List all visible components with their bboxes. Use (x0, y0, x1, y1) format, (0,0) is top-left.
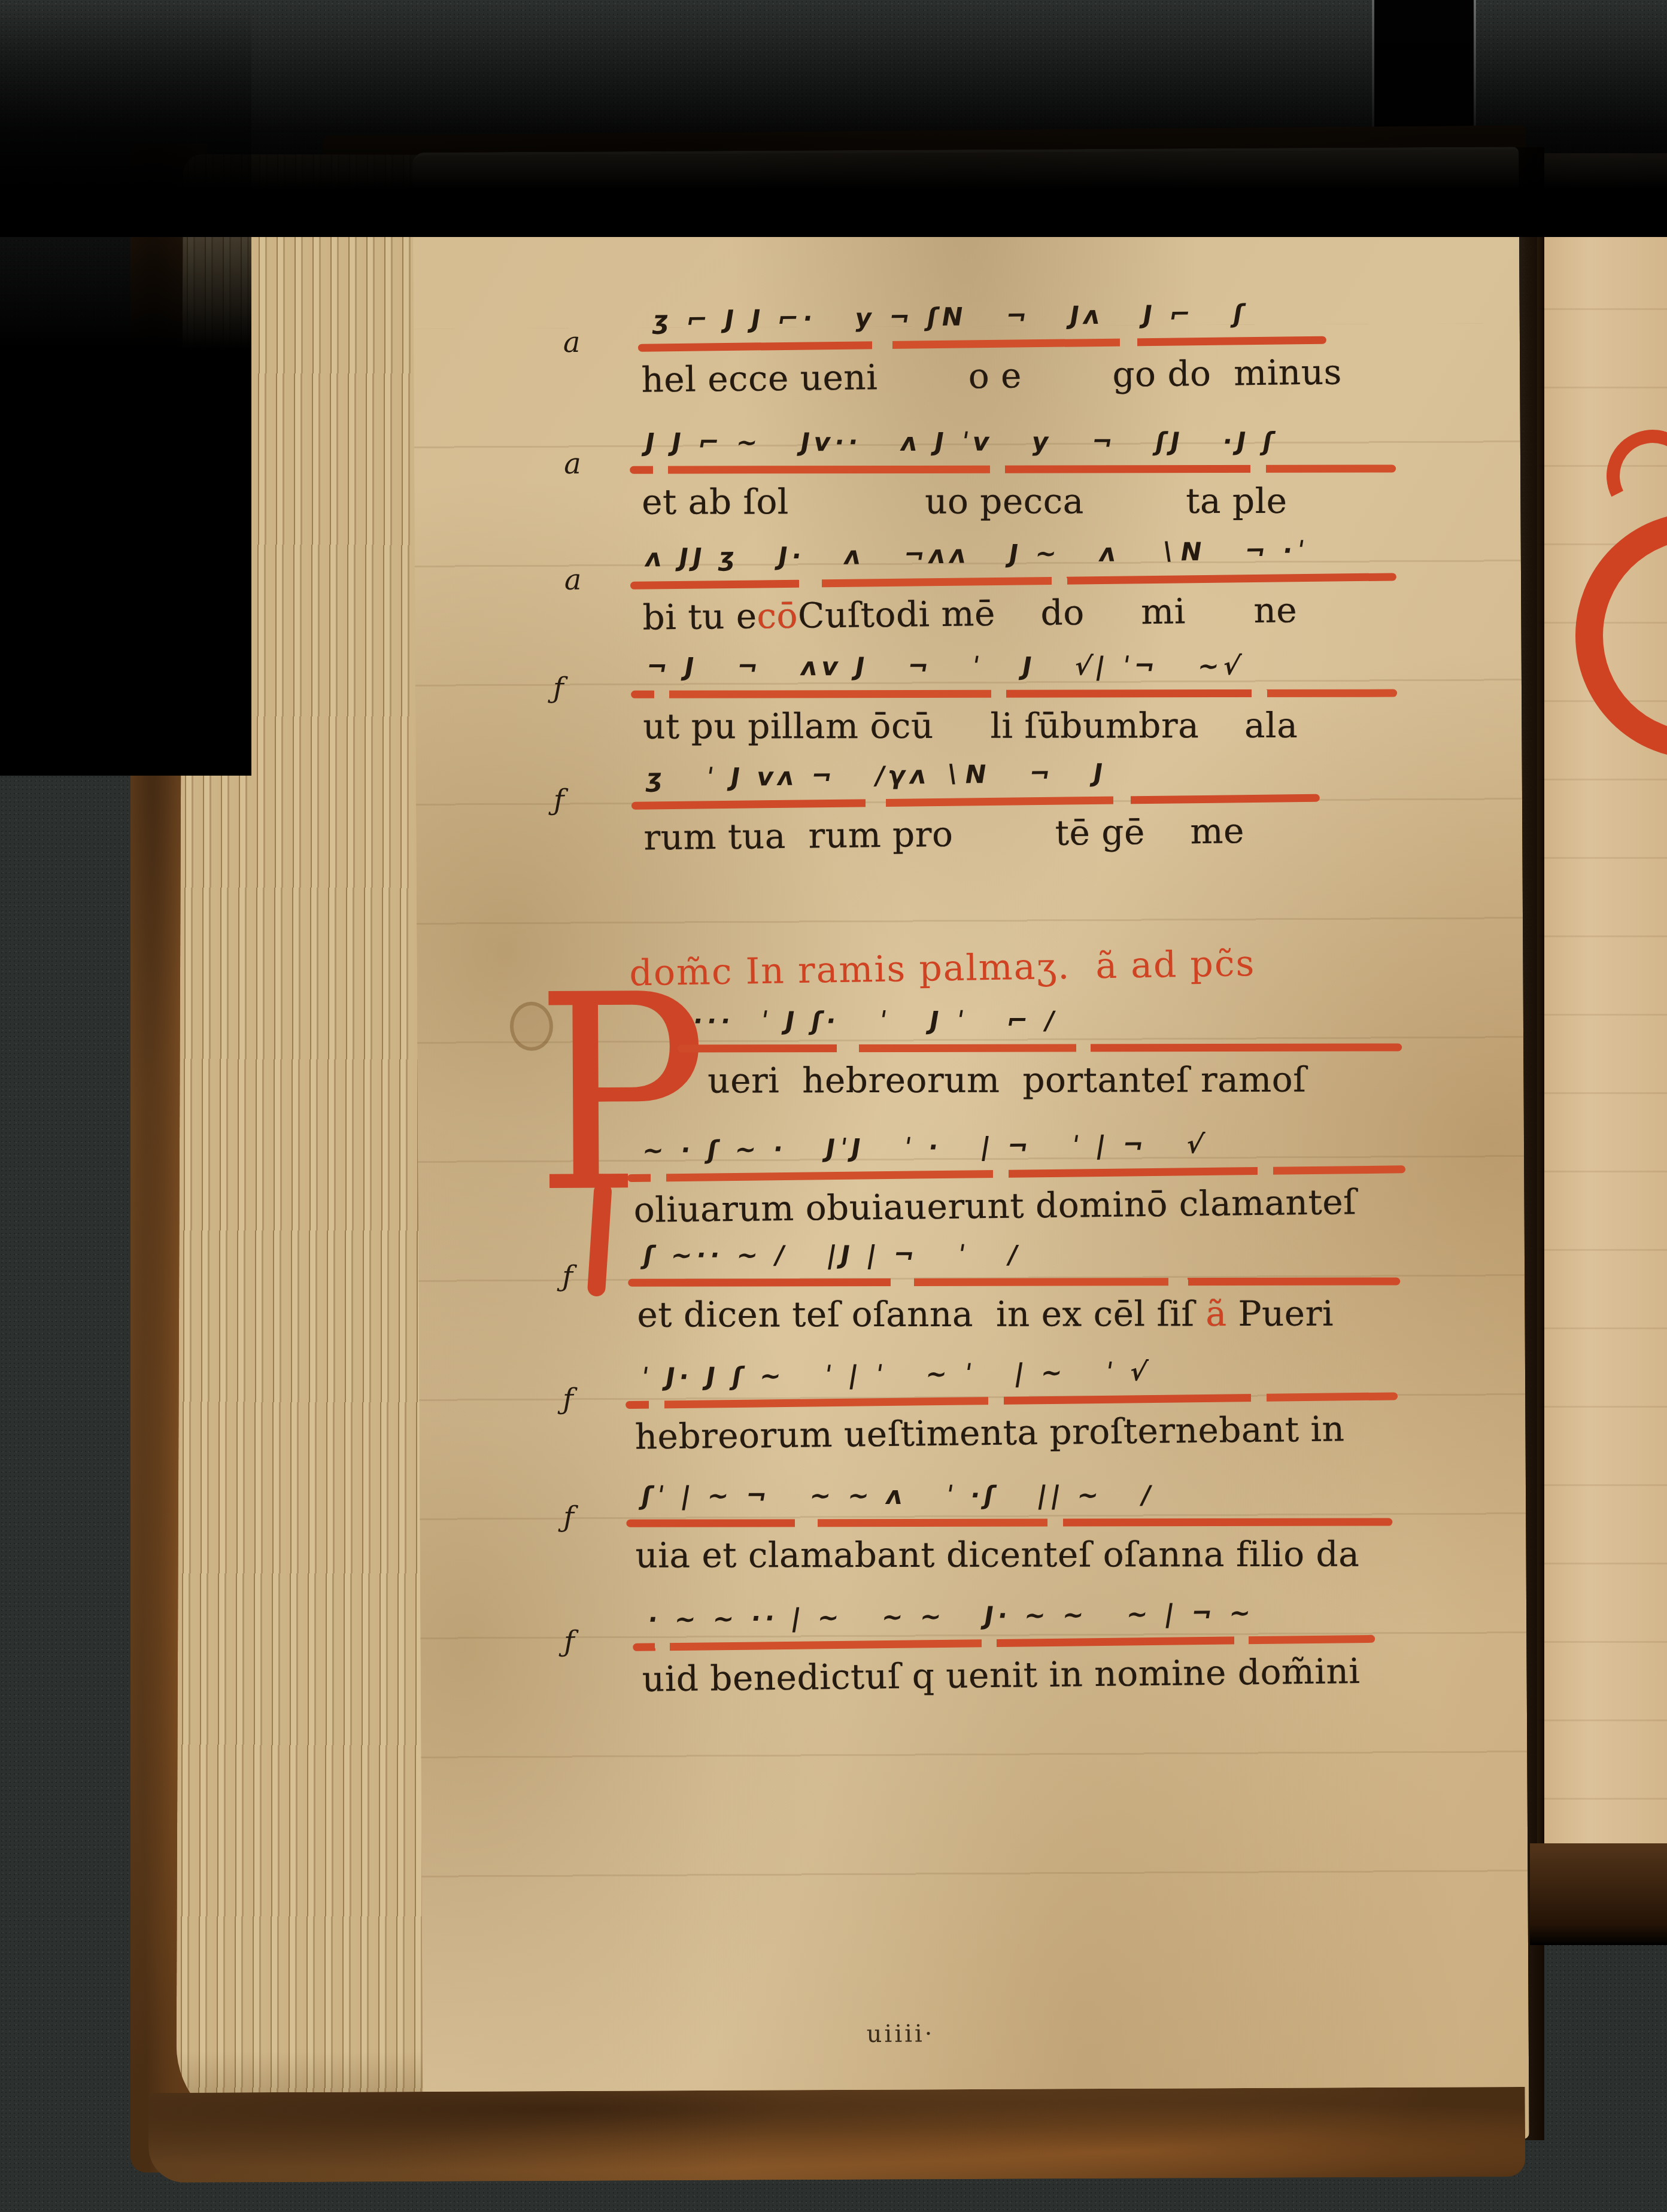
manuscript-page: a ʒ ⌐ J J ⌐· y ¬ ʃN ¬ Jʌ J ⌐ ʃ hel ecce … (412, 147, 1529, 2145)
neumes: ~ · ʃ ~ · JˈJ ˈ · | ¬ ˈ | ¬ √ (640, 1129, 1210, 1165)
staff: ʃ ~·· ~ ∕ |J | ¬ ˈ ∕ (628, 1242, 1400, 1243)
neumes: J J ⌐ ~ Jv·· ʌ J ˈv y ¬ ʃJ ·J ʃ (643, 427, 1280, 457)
chant-text: hebreorum ueſtimenta proſternebant in (634, 1408, 1344, 1457)
staff: J J ⌐ ~ Jv·· ʌ J ˈv y ¬ ʃJ ·J ʃ (630, 429, 1396, 430)
staff-redline (631, 794, 1320, 810)
staff-redline (625, 1392, 1398, 1409)
margin-letter: ƒ (553, 783, 564, 817)
chant-text-black: et dicen teſ oſanna in ex cēl ſiſ (637, 1293, 1206, 1335)
chant-text: uia et clamabant dicenteſ oſanna filio d… (635, 1534, 1359, 1576)
chant-system: ~ · ʃ ~ · JˈJ ˈ · | ¬ ˈ | ¬ √ oliuarum o… (567, 1129, 1466, 1241)
staff: ¬ J ¬ ʌv J ¬ ˈ J √| ˈ¬ ~√ (631, 654, 1397, 655)
margin-letter: ƒ (564, 1625, 575, 1658)
chant-text-black: bi tu e (642, 595, 757, 637)
staff-redline (633, 1635, 1375, 1651)
margin-letter: a (564, 447, 581, 481)
chant-system: ··· ˈ J ʃ· ˈ J ˈ ⌐ ∕ ueri hebreorum port… (567, 1007, 1465, 1111)
chant-system: ƒ ʒ ˈ J vʌ ¬ ∕γʌ ∖N ¬ J rum tua rum pro … (553, 756, 1452, 868)
staff-redline (628, 1278, 1400, 1287)
staff-redline (630, 465, 1396, 474)
margin-letter: ƒ (563, 1500, 574, 1534)
neumes: ʒ ˈ J vʌ ¬ ∕γʌ ∖N ¬ J (644, 758, 1109, 793)
chant-text: bi tu ecōCuſtodi mē do mi ne (642, 590, 1297, 637)
chant-text: ueri hebreorum portanteſ ramoſ (708, 1059, 1306, 1101)
chant-system: a ʒ ⌐ J J ⌐· y ¬ ʃN ¬ Jʌ J ⌐ ʃ hel ecce … (563, 299, 1462, 411)
leather-binding-bottom (148, 2087, 1526, 2183)
margin-letter: a (564, 563, 582, 597)
staff-redline (626, 1518, 1392, 1527)
staff: ··· ˈ J ʃ· ˈ J ˈ ⌐ ∕ (678, 1007, 1402, 1008)
margin-letter: a (563, 326, 580, 359)
staff-redline (631, 689, 1397, 698)
margin-letter: ƒ (563, 1382, 573, 1416)
background-shadow-bottom (0, 0, 1667, 237)
neumes: ʃˈ | ~ ¬ ~ ~ ʌ ˈ ·ʃ || ~ ∕ (639, 1480, 1158, 1511)
staff-redline (630, 573, 1396, 590)
chant-text: hel ecce ueni o e go do minus (641, 351, 1342, 400)
chant-text: rum tua rum pro tē gē me (643, 810, 1244, 858)
neumes: ʒ ⌐ J J ⌐· y ¬ ʃN ¬ Jʌ J ⌐ ʃ (651, 299, 1250, 335)
neumes: ¬ J ¬ ʌv J ¬ ˈ J √| ˈ¬ ~√ (644, 651, 1247, 682)
staff: ʃˈ | ~ ¬ ~ ~ ʌ ˈ ·ʃ || ~ ∕ (626, 1482, 1392, 1484)
chant-system: ƒ ˈ J· J ʃ ~ ˈ | ˈ ~ ˈ | ~ ˈ √ hebreorum… (562, 1356, 1461, 1467)
ornament-curl-icon (1595, 418, 1667, 534)
staff: ʒ ⌐ J J ⌐· y ¬ ʃN ¬ Jʌ J ⌐ ʃ (637, 300, 1326, 308)
neumes: ··· ˈ J ʃ· ˈ J ˈ ⌐ ∕ (691, 1005, 1061, 1035)
chant-text: et dicen teſ oſanna in ex cēl ſiſ ã Puer… (637, 1293, 1334, 1335)
chant-text: et ab ſol uo pecca ta ple (642, 481, 1287, 522)
chant-text-red-abbrev: cō (757, 595, 798, 637)
chant-text: ut pu pillam ōcū li ſūbumbra ala (643, 705, 1298, 747)
chant-text: oliuarum obuiauerunt dominō clamanteſ (633, 1181, 1356, 1230)
chant-text-black: Pueri (1226, 1293, 1334, 1334)
chant-text: uid benedictuſ q uenit in nomine dom̃ini (642, 1651, 1360, 1700)
manuscript-photo: a ʒ ⌐ J J ⌐· y ¬ ʃN ¬ Jʌ J ⌐ ʃ hel ecce … (0, 0, 1667, 2212)
staff-redline (678, 1043, 1402, 1052)
chant-system: ƒ ¬ J ¬ ʌv J ¬ ˈ J √| ˈ¬ ~√ ut pu pillam… (553, 653, 1451, 756)
chant-text-black: Cuſtodi mē do mi ne (798, 590, 1298, 636)
neumes: ˈ J· J ʃ ~ ˈ | ˈ ~ ˈ | ~ ˈ √ (639, 1357, 1153, 1392)
neumes: ʃ ~·· ~ ∕ |J | ¬ ˈ ∕ (641, 1240, 1024, 1270)
neumes: · ~ ~ ·· | ~ ~ ~ J· ~ ~ ~ | ¬ ~ (646, 1598, 1258, 1634)
margin-letter: ƒ (553, 671, 564, 705)
leather-binding-under-facing-page (1530, 1843, 1667, 1945)
facing-page-sliver (1537, 153, 1667, 1877)
chant-system: ƒ ʃ ~·· ~ ∕ |J | ¬ ˈ ∕ et dicen teſ oſan… (562, 1241, 1460, 1345)
margin-letter: ƒ (562, 1260, 573, 1293)
quire-mark: uiiii· (867, 2020, 935, 2048)
staff-redline (627, 1165, 1405, 1182)
chant-system: a ʌ JJ ʒ J· ʌ ¬ʌʌ J ~ ʌ ∖N ¬ ·ˈ bi tu ec… (564, 536, 1463, 648)
staff-redline (638, 336, 1326, 352)
ornament-initial-fragment-icon (1575, 512, 1667, 759)
chant-system: ƒ ʃˈ | ~ ¬ ~ ~ ʌ ˈ ·ʃ || ~ ∕ uia et clam… (563, 1482, 1461, 1585)
chant-text-red-abbrev: ã (1206, 1293, 1226, 1334)
chant-system: ƒ · ~ ~ ·· | ~ ~ ~ J· ~ ~ ~ | ¬ ~ uid be… (564, 1598, 1463, 1710)
chant-system: a J J ⌐ ~ Jv·· ʌ J ˈv y ¬ ʃJ ·J ʃ et ab … (564, 429, 1462, 532)
